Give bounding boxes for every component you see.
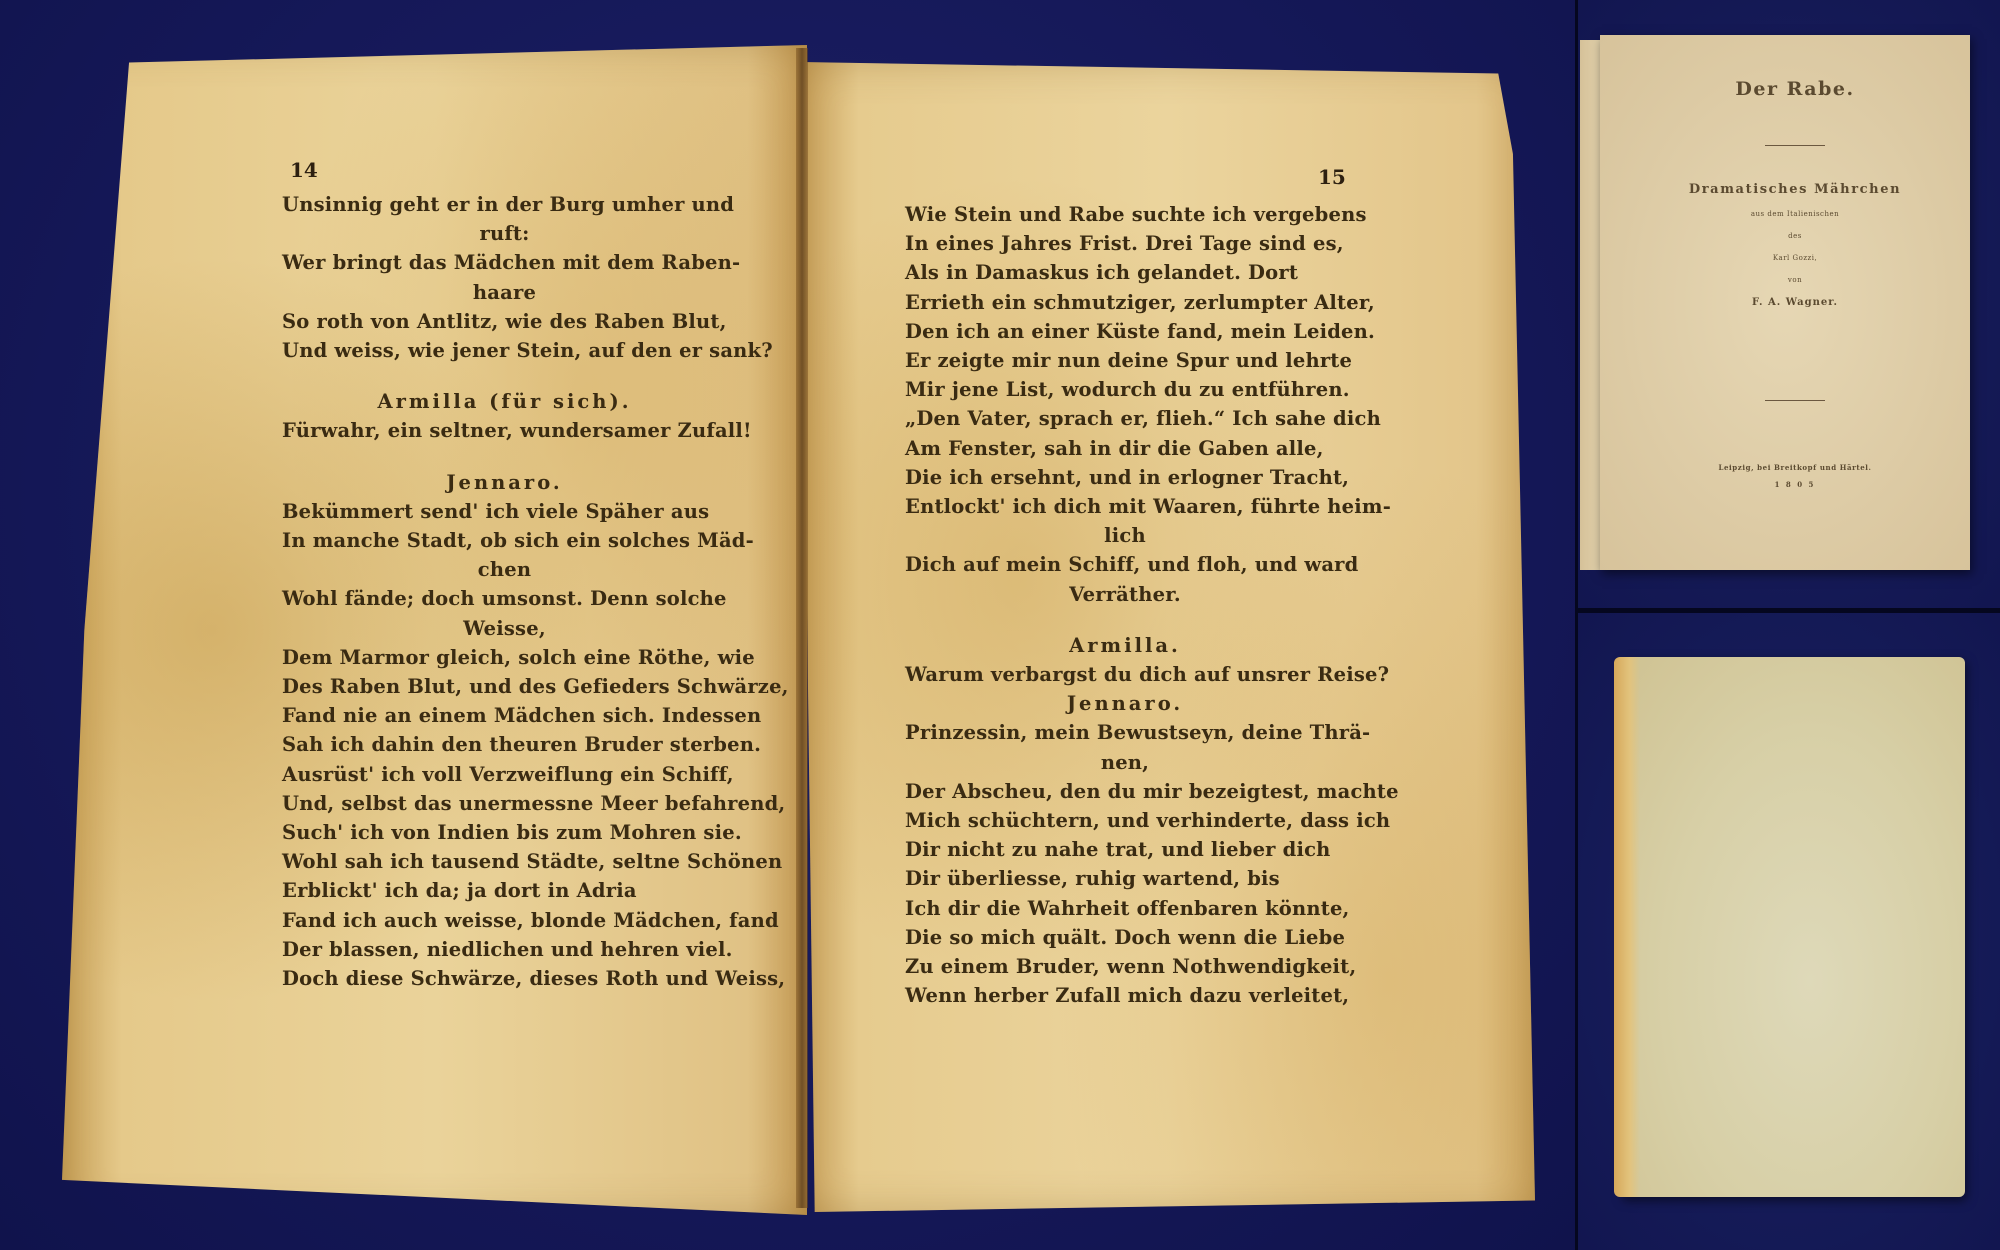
verse-line: „Den Vater, sprach er, flieh.“ Ich sahe … (905, 404, 1345, 433)
verse-line: Zu einem Bruder, wenn Nothwendigkeit, (905, 952, 1345, 981)
verse-line: Der blassen, niedlichen und hehren viel. (282, 935, 727, 964)
verse-line: Sah ich dahin den theuren Bruder sterben… (282, 730, 727, 759)
panel-divider-vertical (1575, 0, 1578, 1250)
verse-line: Die ich ersehnt, und in erlogner Tracht, (905, 463, 1345, 492)
verse-line: In manche Stadt, ob sich ein solches Mäd… (282, 526, 727, 555)
verse-line: Der Abscheu, den du mir bezeigtest, mach… (905, 777, 1345, 806)
verse-line: Als in Damaskus ich gelandet. Dort (905, 258, 1345, 287)
left-page-number: 14 (290, 158, 318, 182)
verse-line: Verräther. (905, 580, 1345, 609)
verse-line: Wer bringt das Mädchen mit dem Raben- (282, 248, 727, 277)
verse-line: Entlockt' ich dich mit Waaren, führte he… (905, 492, 1345, 521)
verse-line: haare (282, 278, 727, 307)
title-rule-bottom (1765, 400, 1825, 401)
verse-line: Des Raben Blut, und des Gefieders Schwär… (282, 672, 727, 701)
verse-line: Und weiss, wie jener Stein, auf den er s… (282, 336, 727, 365)
right-page-text: Wie Stein und Rabe suchte ich vergebensI… (905, 200, 1345, 1010)
verse-line: Unsinnig geht er in der Burg umher und (282, 190, 727, 219)
speaker-name: Armilla. (905, 631, 1345, 660)
verse-line: Doch diese Schwärze, dieses Roth und Wei… (282, 964, 727, 993)
stanza-gap (282, 365, 727, 387)
stanza-gap (905, 609, 1345, 631)
verse-line: Fand ich auch weisse, blonde Mädchen, fa… (282, 906, 727, 935)
verse-line: Ausrüst' ich voll Verzweiflung ein Schif… (282, 760, 727, 789)
verse-line: Bekümmert send' ich viele Späher aus (282, 497, 727, 526)
verse-line: Mir jene List, wodurch du zu entführen. (905, 375, 1345, 404)
verse-line: Fürwahr, ein seltner, wundersamer Zufall… (282, 416, 727, 445)
verse-line: Prinzessin, mein Bewustseyn, deine Thrä- (905, 718, 1345, 747)
verse-line: Erblickt' ich da; ja dort in Adria (282, 876, 727, 905)
book-original-author: Karl Gozzi, (1640, 254, 1950, 262)
back-cover (1620, 657, 1965, 1197)
verse-line: Die so mich quält. Doch wenn die Liebe (905, 923, 1345, 952)
book-title: Der Rabe. (1640, 78, 1950, 100)
book-des-line: des (1640, 232, 1950, 240)
book-source-line: aus dem Italienischen (1640, 210, 1950, 218)
book-subtitle: Dramatisches Mährchen (1640, 182, 1950, 197)
book-imprint: Leipzig, bei Breitkopf und Härtel. (1640, 463, 1950, 472)
verse-line: Dem Marmor gleich, solch eine Röthe, wie (282, 643, 727, 672)
verse-line: Weisse, (282, 614, 727, 643)
book-translator: F. A. Wagner. (1640, 297, 1950, 308)
speaker-name: Jennaro. (905, 689, 1345, 718)
verse-line: Errieth ein schmutziger, zerlumpter Alte… (905, 288, 1345, 317)
verse-line: Wenn herber Zufall mich dazu verleitet, (905, 981, 1345, 1010)
verse-line: Am Fenster, sah in dir die Gaben alle, (905, 434, 1345, 463)
verse-line: Wohl fände; doch umsonst. Denn solche (282, 584, 727, 613)
verse-line: Warum verbargst du dich auf unsrer Reise… (905, 660, 1345, 689)
title-rule-top (1765, 145, 1825, 146)
verse-line: Und, selbst das unermessne Meer befahren… (282, 789, 727, 818)
verse-line: nen, (905, 748, 1345, 777)
stanza-gap (282, 446, 727, 468)
verse-line: Er zeigte mir nun deine Spur und lehrte (905, 346, 1345, 375)
book-gutter (796, 48, 808, 1208)
verse-line: Such' ich von Indien bis zum Mohren sie. (282, 818, 727, 847)
verse-line: So roth von Antlitz, wie des Raben Blut, (282, 307, 727, 336)
verse-line: Dich auf mein Schiff, und floh, und ward (905, 550, 1345, 579)
verse-line: ruft: (282, 219, 727, 248)
verse-line: Mich schüchtern, und verhinderte, dass i… (905, 806, 1345, 835)
verse-line: Wie Stein und Rabe suchte ich vergebens (905, 200, 1345, 229)
verse-line: Ich dir die Wahrheit offenbaren könnte, (905, 894, 1345, 923)
verse-line: Fand nie an einem Mädchen sich. Indessen (282, 701, 727, 730)
panel-divider-horizontal (1578, 608, 2000, 613)
left-page-text: Unsinnig geht er in der Burg umher undru… (282, 190, 727, 993)
verse-line: lich (905, 521, 1345, 550)
book-von-line: von (1640, 276, 1950, 284)
verse-line: Den ich an einer Küste fand, mein Leiden… (905, 317, 1345, 346)
verse-line: chen (282, 555, 727, 584)
right-page-number: 15 (1318, 165, 1346, 189)
verse-line: Wohl sah ich tausend Städte, seltne Schö… (282, 847, 727, 876)
speaker-name: Jennaro. (282, 468, 727, 497)
book-year: 1 8 0 5 (1640, 480, 1950, 489)
speaker-name: Armilla (für sich). (282, 387, 727, 416)
verse-line: Dir nicht zu nahe trat, und lieber dich (905, 835, 1345, 864)
verse-line: Dir überliesse, ruhig wartend, bis (905, 864, 1345, 893)
verse-line: In eines Jahres Frist. Drei Tage sind es… (905, 229, 1345, 258)
